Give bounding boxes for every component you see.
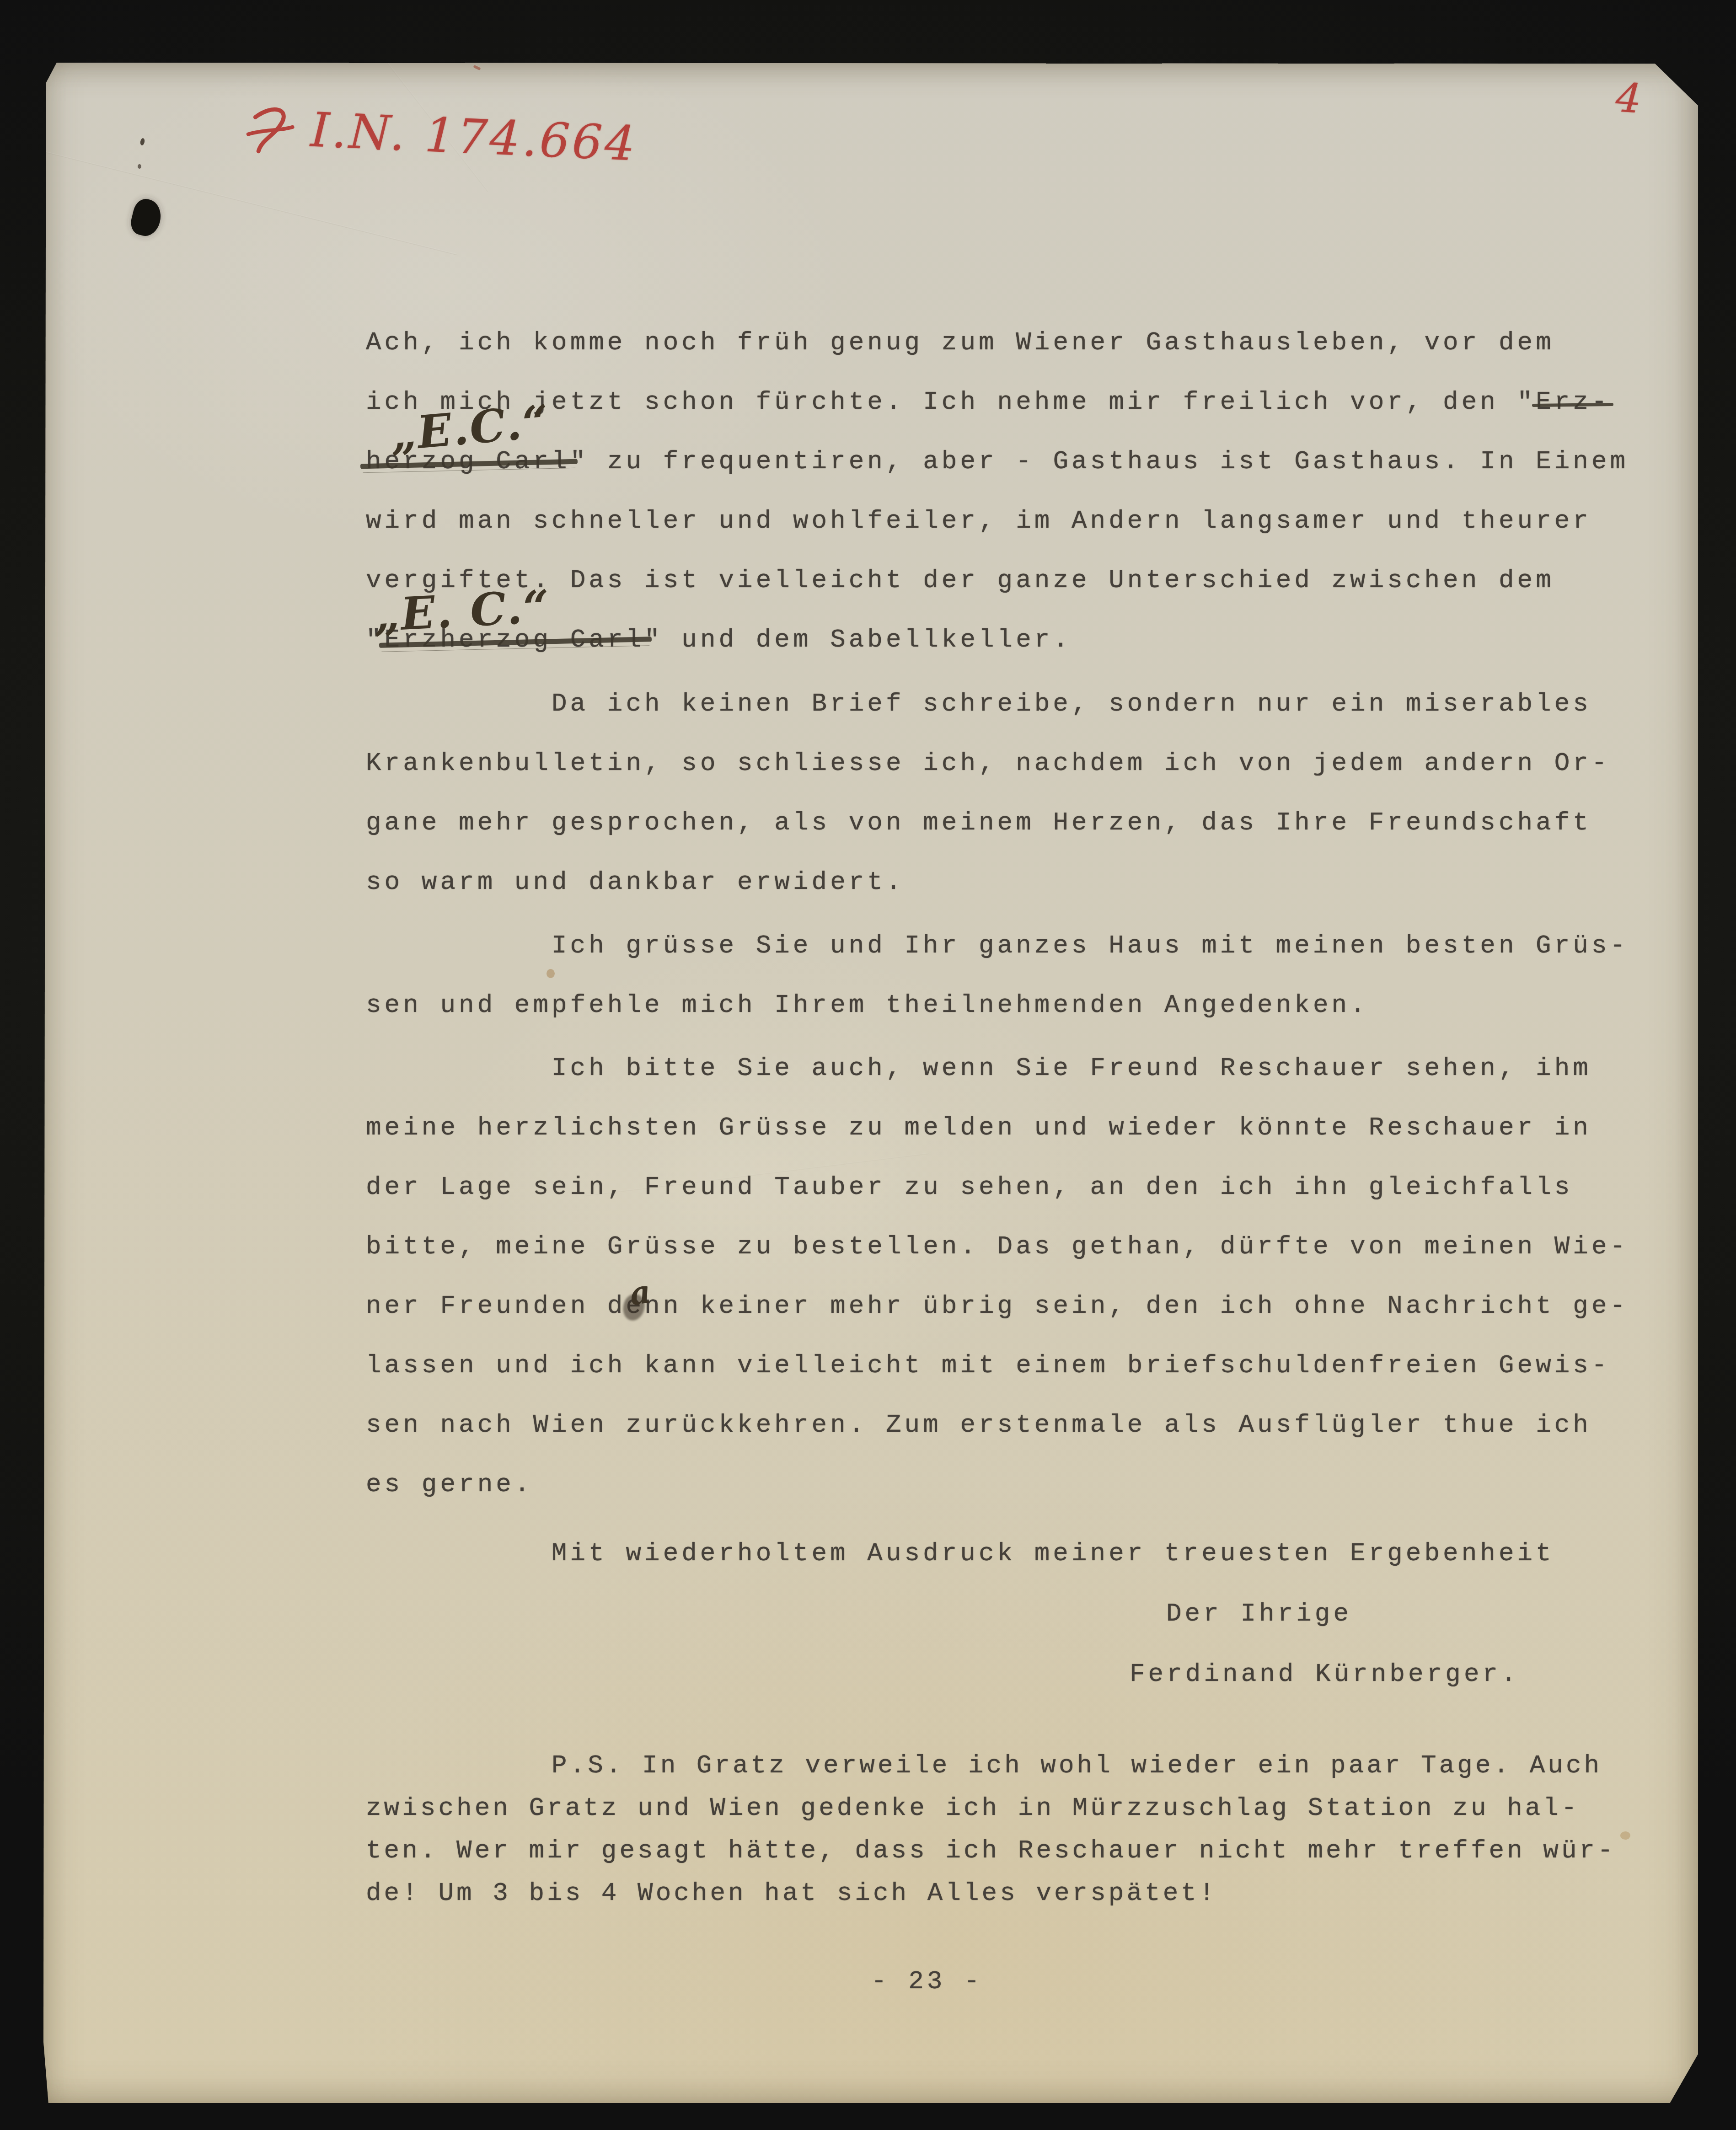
typed-line: der Lage sein, Freund Tauber zu sehen, a… [366,1157,1697,1217]
typed-line: Ich bitte Sie auch, wenn Sie Freund Resc… [366,1038,1697,1098]
valediction: Mit wiederholtem Ausdruck meiner treuest… [366,1523,1697,1584]
typed-line: es gerne. [366,1455,1697,1514]
paper-fiber [473,65,481,70]
typed-line: Da ich keinen Brief schreibe, sondern nu… [366,674,1697,733]
handwritten-insert-ec: „E. C.“ [372,580,552,642]
paragraph-2: Da ich keinen Brief schreibe, sondern nu… [366,674,1697,912]
letter-page: I.N. 174.664 4 Ach, ich komme noch früh … [43,63,1698,2103]
typed-line: bitte, meine Grüsse zu bestellen. Das ge… [366,1217,1697,1276]
typed-segment: " und dem Sabellkeller. [644,625,1072,654]
typed-segment: " zu frequentiren, aber - Gasthaus ist G… [570,447,1629,476]
paper-speck [139,138,145,146]
typed-line: sen und empfehle mich Ihrem theilnehmend… [366,975,1697,1035]
typed-line: so warm und dankbar erwidert. [366,852,1697,912]
typed-line: vergiftet. Das ist vielleicht der ganze … [366,551,1697,610]
handwriting-flourish-icon [244,101,296,158]
typed-line: herzog Carl" zu frequentiren, aber - Gas… [366,432,1697,491]
typed-line: gane mehr gesprochen, als von meinem Her… [366,793,1697,852]
signoff: Der Ihrige [366,1584,1697,1644]
typed-line: sen nach Wien zurückkehren. Zum erstenma… [366,1395,1697,1455]
postscript-line: ten. Wer mir gesagt hätte, dass ich Resc… [366,1830,1697,1872]
struck-text: Erz- [1536,387,1610,417]
typed-segment: ner Freunden d [366,1291,626,1321]
paper-hole [128,197,165,239]
handwritten-corner-page-number: 4 [1614,74,1643,123]
paragraph-3: Ich grüsse Sie und Ihr ganzes Haus mit m… [366,916,1697,1035]
typed-line: ner Freunden denn keiner mehr übrig sein… [366,1276,1697,1336]
typed-line: lassen und ich kann vielleicht mit einem… [366,1336,1697,1395]
scan-background: { "annotations": { "inventory_number": "… [0,0,1736,2130]
typed-line: Krankenbulletin, so schliesse ich, nachd… [366,733,1697,793]
paragraph-1: Ach, ich komme noch früh genug zum Wiene… [366,313,1697,669]
typed-line: meine herzlichsten Grüsse zu melden und … [366,1098,1697,1157]
inventory-number-text: I.N. 174.664 [310,102,638,172]
handwritten-inventory-number: I.N. 174.664 [244,99,638,173]
signature: Ferdinand Kürnberger. [366,1644,1697,1704]
typed-line: Ach, ich komme noch früh genug zum Wiene… [366,313,1697,372]
page-number: - 23 - [871,1960,983,2003]
typed-line: Ich grüsse Sie und Ihr ganzes Haus mit m… [366,916,1697,975]
typed-line: wird man schneller und wohlfeiler, im An… [366,491,1697,551]
typed-line: ich mich jetzt schon fürchte. Ich nehme … [366,372,1697,432]
postscript-line: P.S. In Gratz verweile ich wohl wieder e… [366,1745,1697,1787]
typed-segment: nn keiner mehr übrig sein, den ich ohne … [644,1291,1629,1321]
typed-line: "Erzherzog Carl" und dem Sabellkeller. [366,610,1697,669]
paragraph-4: Ich bitte Sie auch, wenn Sie Freund Resc… [366,1038,1697,1514]
paper-speck [138,164,141,169]
postscript-line: zwischen Gratz und Wien gedenke ich in M… [366,1787,1697,1830]
closing-block: Mit wiederholtem Ausdruck meiner treuest… [366,1523,1697,1704]
postscript-block: P.S. In Gratz verweile ich wohl wieder e… [366,1745,1697,1915]
postscript-line: de! Um 3 bis 4 Wochen hat sich Alles ver… [366,1872,1697,1915]
